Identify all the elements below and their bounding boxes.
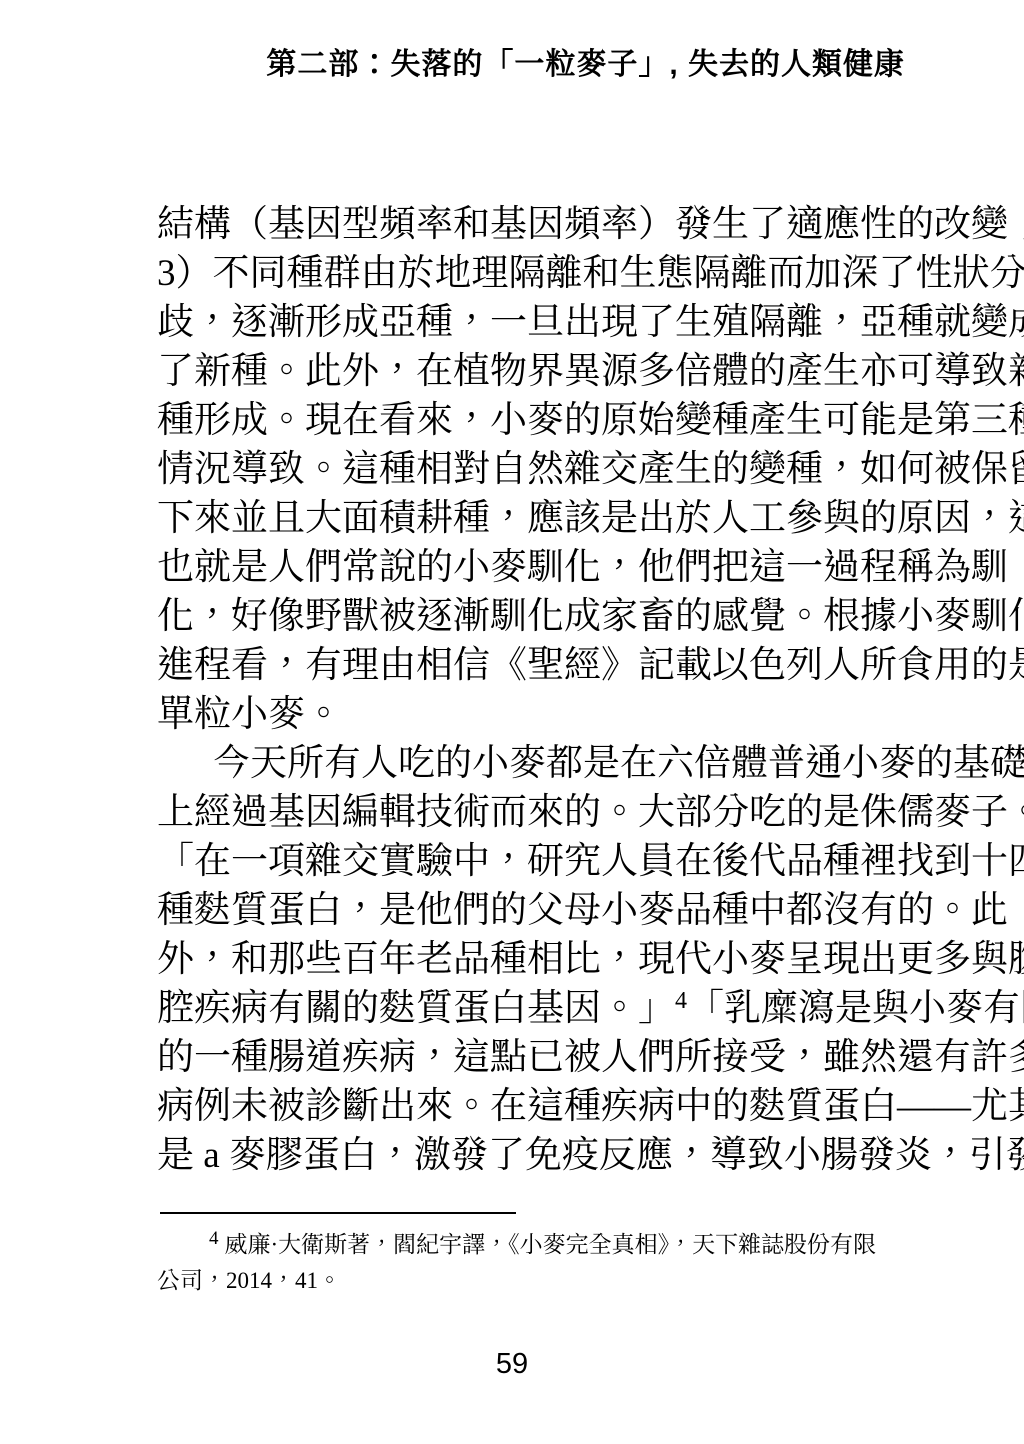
book-page: 第二部：失落的「一粒麥子」, 失去的人類健康 結構（基因型頻率和基因頻率）發生了… bbox=[0, 0, 1024, 1444]
text-line: 也就是人們常說的小麥馴化，他們把這一過程稱為馴 bbox=[157, 543, 905, 592]
footnote: 4威廉·大衛斯著，閻紀宇譯，《小麥完全真相》，天下雜誌股份有限 公司，2014，… bbox=[157, 1227, 905, 1299]
text-line: 是 a 麥膠蛋白，激發了免疫反應，導致小腸發炎，引發 bbox=[157, 1131, 905, 1180]
body-text: 結構（基因型頻率和基因頻率）發生了適應性的改變；3）不同種群由於地理隔離和生態隔… bbox=[157, 200, 905, 1180]
text-line-with-footnote-ref: 腔疾病有關的麩質蛋白基因。」4「乳糜瀉是與小麥有關 bbox=[157, 984, 905, 1033]
running-header: 第二部：失落的「一粒麥子」, 失去的人類健康 bbox=[157, 46, 905, 84]
footnote-number: 4 bbox=[209, 1228, 225, 1249]
text-line: 下來並且大面積耕種，應該是出於人工參與的原因，這 bbox=[157, 494, 905, 543]
footnote-separator-rule bbox=[160, 1212, 516, 1214]
footnote-ref-marker: 4 bbox=[675, 988, 687, 1014]
text-line: 單粒小麥。 bbox=[157, 690, 905, 739]
text-line: 情況導致。這種相對自然雜交產生的變種，如何被保留 bbox=[157, 445, 905, 494]
text-line: 的一種腸道疾病，這點已被人們所接受，雖然還有許多 bbox=[157, 1033, 905, 1082]
paragraph-2-lines-end: 的一種腸道疾病，這點已被人們所接受，雖然還有許多病例未被診斷出來。在這種疾病中的… bbox=[157, 1033, 905, 1180]
paragraph-2-lines-start: 今天所有人吃的小麥都是在六倍體普通小麥的基礎上經過基因編輯技術而來的。大部分吃的… bbox=[157, 739, 905, 984]
footnote-line-1: 4威廉·大衛斯著，閻紀宇譯，《小麥完全真相》，天下雜誌股份有限 bbox=[157, 1227, 905, 1263]
text-line: 今天所有人吃的小麥都是在六倍體普通小麥的基礎 bbox=[157, 739, 905, 788]
footnote-text: 威廉·大衛斯著，閻紀宇譯，《小麥完全真相》，天下雜誌股份有限 bbox=[225, 1232, 877, 1257]
text-line: 結構（基因型頻率和基因頻率）發生了適應性的改變； bbox=[157, 200, 905, 249]
text-line: 進程看，有理由相信《聖經》記載以色列人所食用的是 bbox=[157, 641, 905, 690]
note-line-after: 「乳糜瀉是與小麥有關 bbox=[687, 988, 1024, 1029]
text-line: 了新種。此外，在植物界異源多倍體的產生亦可導致新 bbox=[157, 347, 905, 396]
text-line: 上經過基因編輯技術而來的。大部分吃的是侏儒麥子。 bbox=[157, 788, 905, 837]
paragraph-1: 結構（基因型頻率和基因頻率）發生了適應性的改變；3）不同種群由於地理隔離和生態隔… bbox=[157, 200, 905, 739]
paragraph-2: 今天所有人吃的小麥都是在六倍體普通小麥的基礎上經過基因編輯技術而來的。大部分吃的… bbox=[157, 739, 905, 1180]
text-line: 3）不同種群由於地理隔離和生態隔離而加深了性狀分 bbox=[157, 249, 905, 298]
footnote-line-2: 公司，2014，41。 bbox=[157, 1263, 905, 1299]
text-line: 「在一項雜交實驗中，研究人員在後代品種裡找到十四 bbox=[157, 837, 905, 886]
text-line: 外，和那些百年老品種相比，現代小麥呈現出更多與腹 bbox=[157, 935, 905, 984]
text-line: 歧，逐漸形成亞種，一旦出現了生殖隔離，亞種就變成 bbox=[157, 298, 905, 347]
page-number: 59 bbox=[0, 1346, 1024, 1382]
text-line: 病例未被診斷出來。在這種疾病中的麩質蛋白——尤其 bbox=[157, 1082, 905, 1131]
text-line: 種麩質蛋白，是他們的父母小麥品種中都沒有的。此 bbox=[157, 886, 905, 935]
text-line: 種形成。現在看來，小麥的原始變種產生可能是第三種 bbox=[157, 396, 905, 445]
note-line-before: 腔疾病有關的麩質蛋白基因。」 bbox=[157, 988, 675, 1029]
text-line: 化，好像野獸被逐漸馴化成家畜的感覺。根據小麥馴化 bbox=[157, 592, 905, 641]
